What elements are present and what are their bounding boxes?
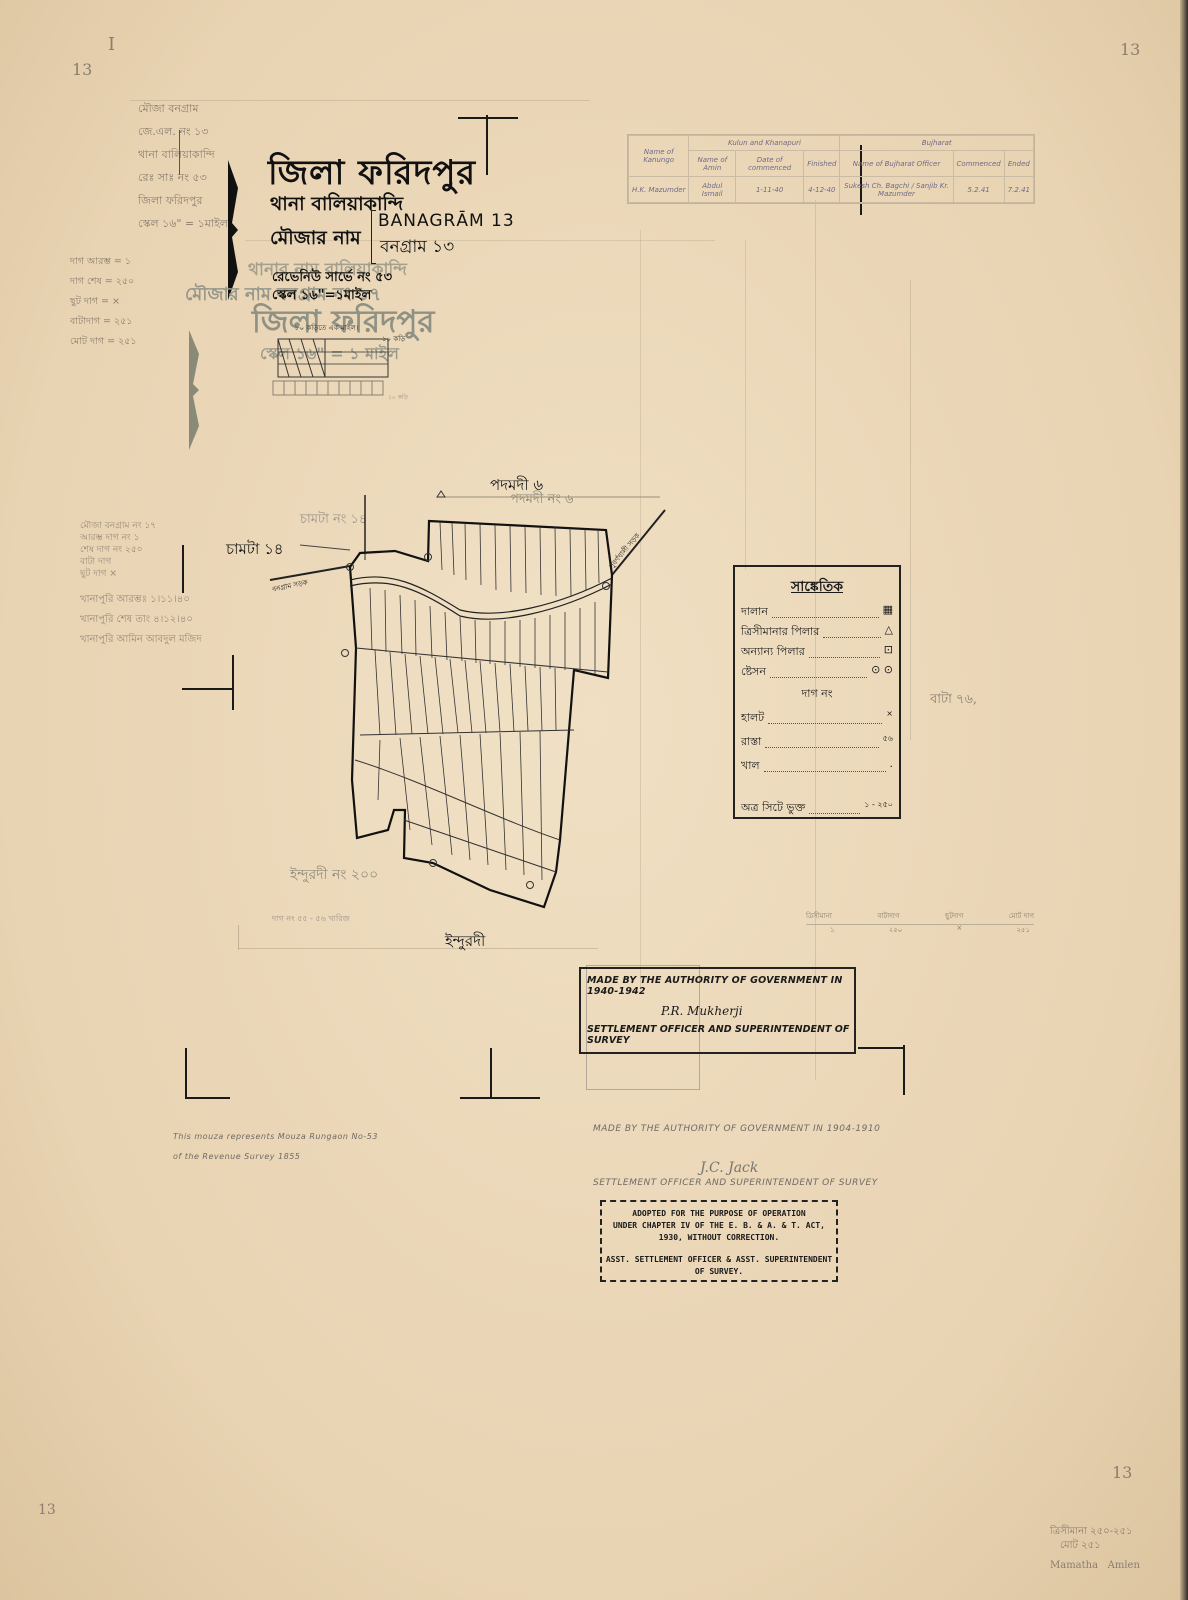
legend-item: দালান▦ [741, 603, 893, 622]
triangle-pillar-icon: △ [885, 623, 893, 642]
adoption-stamp: ADOPTED FOR THE PURPOSE OF OPERATION UND… [600, 1200, 838, 1282]
revenue-note-line1: This mouza represents Mouza Rungaon No-5… [173, 1132, 378, 1141]
legend-item: ষ্টেসন⊙ ⊙ [741, 663, 893, 682]
legend-box: সাঙ্কেতিক দালান▦ ত্রিসীমানার পিলার△ অন্য… [733, 565, 901, 819]
cadastral-map [0, 0, 1188, 1600]
square-pillar-icon: ⊡ [884, 643, 893, 662]
legend-footer: অত্র সিটে ভুক্ত১ - ২৫০ [741, 799, 893, 818]
legend-item: রাস্তা৫৬ [741, 733, 893, 752]
authority-title-1904: SETTLEMENT OFFICER AND SUPERINTENDENT OF… [593, 1178, 878, 1188]
right-pencil-values: ১২৫০×২৫১ [830, 924, 1030, 936]
authority-line: MADE BY THE AUTHORITY OF GOVERNMENT IN 1… [587, 975, 854, 997]
legend-item: ত্রিসীমানার পিলার△ [741, 623, 893, 642]
authority-line-1904: MADE BY THE AUTHORITY OF GOVERNMENT IN 1… [593, 1124, 880, 1134]
legend-item: অন্যান্য পিলার⊡ [741, 643, 893, 662]
legend-item: হালট× [741, 709, 893, 728]
authority-box-1940: MADE BY THE AUTHORITY OF GOVERNMENT IN 1… [579, 967, 856, 1054]
right-pencil-row: ত্রিসীমানাবাটাদাগছুটদাগমোট দাগ [806, 910, 1034, 925]
signature-old: J.C. Jack [700, 1160, 758, 1176]
legend-item: দাগ নং [741, 685, 893, 704]
scan-edge [1180, 0, 1188, 1600]
signature: P.R. Mukherji [661, 1004, 743, 1018]
legend-title: সাঙ্কেতিক [735, 575, 899, 599]
legend-item: খাল. [741, 757, 893, 776]
bottom-right-pencil-notes: ত্রিসীমানা ২৫০-২৫১ মোট ২৫১ Mamatha Amlen [1050, 1525, 1140, 1573]
building-icon: ▦ [883, 603, 893, 622]
station-icon: ⊙ ⊙ [871, 663, 893, 682]
revenue-note-line2: of the Revenue Survey 1855 [173, 1152, 300, 1161]
authority-title: SETTLEMENT OFFICER AND SUPERINTENDENT OF… [587, 1024, 854, 1046]
